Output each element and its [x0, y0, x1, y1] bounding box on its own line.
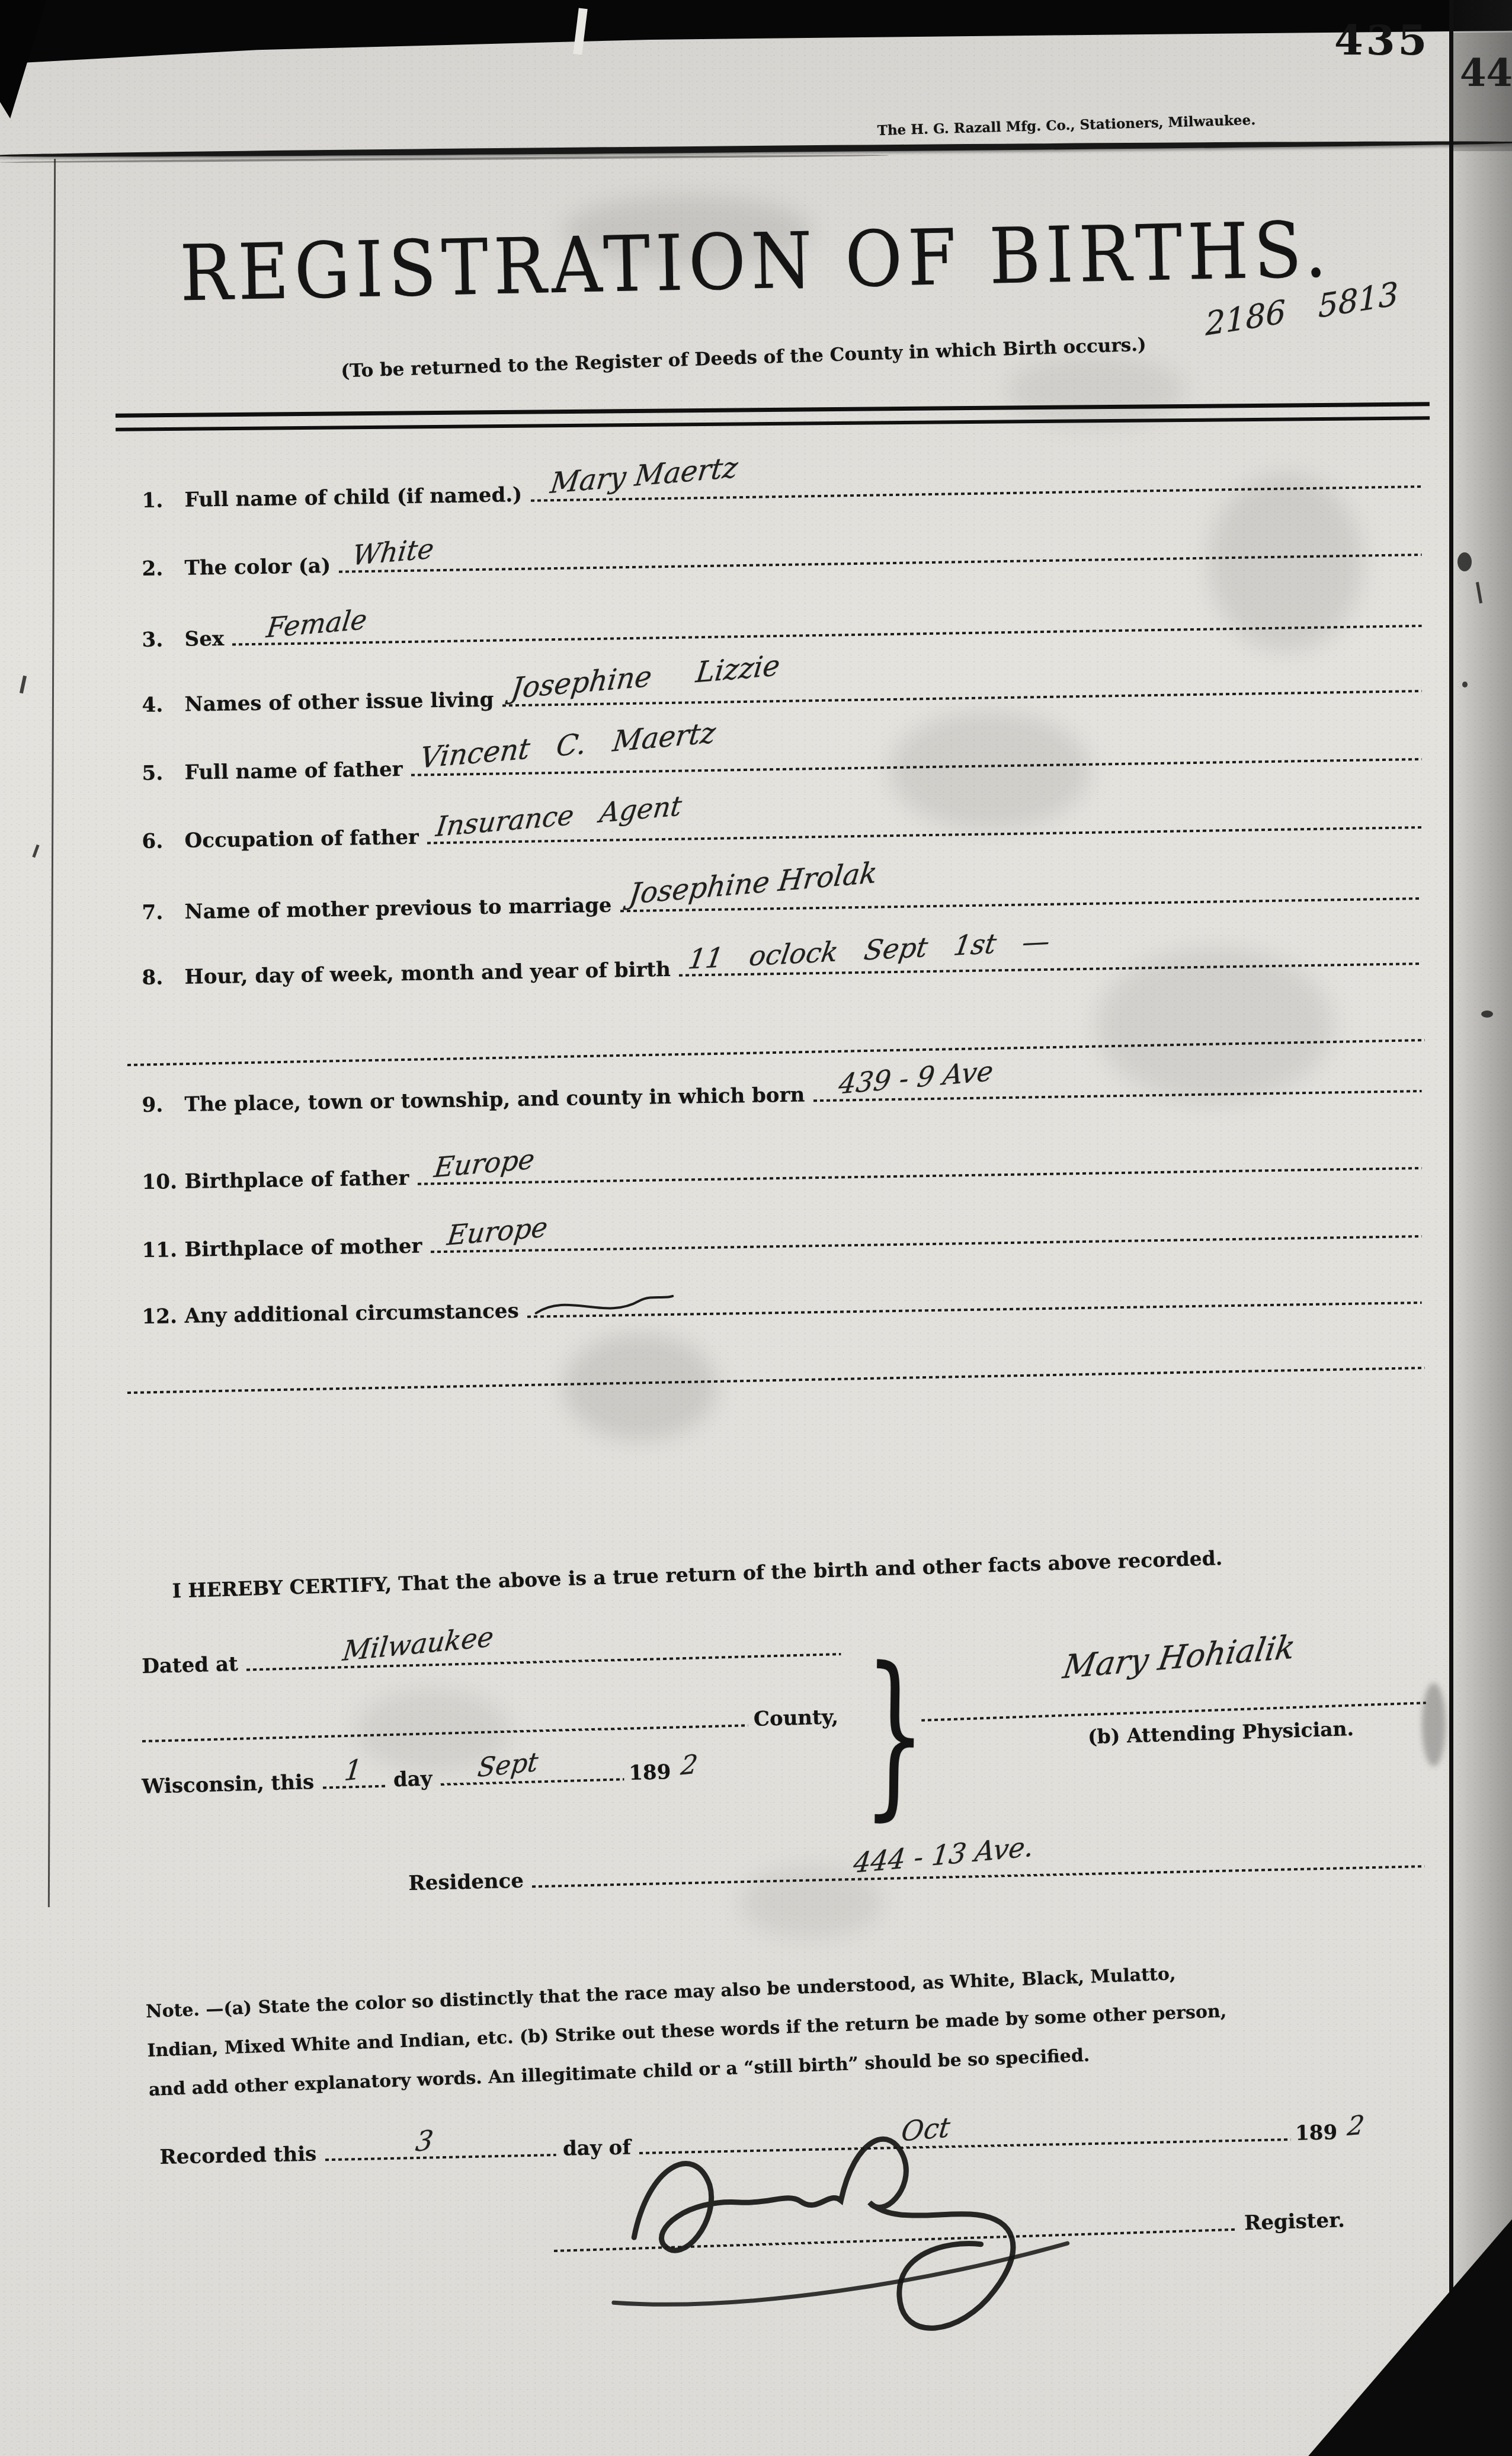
- handwritten-entry: 439 - 9 Ave: [837, 1055, 995, 1101]
- item-label: Birthplace of father: [184, 1166, 417, 1194]
- item-label: Sex: [184, 627, 232, 651]
- dotted-leader: [417, 1167, 1421, 1185]
- page-number: 435: [1334, 15, 1430, 65]
- dotted-leader: [339, 554, 1421, 573]
- footnote: Note. —(a) State the color so distinctly…: [145, 1946, 1428, 2110]
- form-item-row: 1. Full name of child (if named.) Mary M…: [142, 451, 1422, 513]
- handwritten-entry: Josephine Lizzie: [509, 649, 781, 706]
- smudge: [1422, 1683, 1446, 1766]
- ink-blot: [1457, 552, 1472, 571]
- entry-line: Milwaukee: [245, 1619, 841, 1675]
- item-number: 5.: [142, 761, 185, 785]
- header-double-rule: [116, 402, 1430, 431]
- entry-line: [527, 1267, 1422, 1323]
- handwritten-entry: Female: [265, 603, 369, 644]
- entry-line: Vincent C. Maertz: [411, 724, 1422, 781]
- handwritten-entry: Europe: [445, 1211, 549, 1252]
- certification-statement: I HEREBY CERTIFY, That the above is a tr…: [172, 1540, 1410, 1603]
- form-item-row: 8. Hour, day of week, month and year of …: [142, 928, 1422, 990]
- form-item-row: 10. Birthplace of father Europe: [142, 1133, 1422, 1194]
- birth-registration-document: 435 449 The H. G. Razall Mfg. Co., Stati…: [0, 0, 1512, 2456]
- handwritten-entry: Europe: [432, 1143, 536, 1184]
- item-number: 10.: [142, 1170, 185, 1194]
- dotted-leader: [532, 1865, 1424, 1888]
- ink-mark: [32, 845, 39, 858]
- entry-line: Mary Maertz: [530, 451, 1421, 507]
- entry-line: Josephine Hrolak: [620, 863, 1422, 917]
- entry-line: Josephine Lizzie: [502, 655, 1422, 711]
- entry-line: 11 oclock Sept 1st —: [678, 928, 1422, 981]
- item-number: 7.: [142, 900, 185, 925]
- year-printed: 189: [624, 1760, 680, 1786]
- handwritten-entry: Mary Maertz: [548, 450, 739, 500]
- flourish-mark: [533, 1293, 675, 1319]
- dotted-leader: [246, 1653, 841, 1671]
- scan-top-band: [0, 0, 1512, 64]
- handwritten-entry: 11 oclock Sept 1st —: [686, 925, 1052, 975]
- recorded-label: Recorded this: [159, 2142, 325, 2169]
- month-value: Sept: [476, 1747, 540, 1783]
- county-row: County,: [141, 1687, 847, 1747]
- item-label: Occupation of father: [184, 825, 427, 852]
- entry-line: Insurance Agent: [427, 792, 1422, 849]
- form-item-row: 7. Name of mother previous to marriage J…: [142, 863, 1422, 925]
- dotted-leader: [142, 1724, 748, 1742]
- entry-line: 3: [324, 2119, 556, 2166]
- entry-line: 439 - 9 Ave: [812, 1056, 1421, 1107]
- ink-mark: [1462, 682, 1468, 687]
- county-label: County,: [747, 1705, 847, 1731]
- document-title: REGISTRATION OF BIRTHS.: [142, 203, 1371, 319]
- item-number: 6.: [142, 829, 185, 853]
- item-number: 4.: [142, 693, 185, 717]
- entry-line: Female: [232, 590, 1421, 651]
- adjacent-page-number: 449: [1460, 51, 1512, 95]
- item-label: The place, town or township, and county …: [184, 1083, 813, 1117]
- recorded-day: 3: [414, 2124, 435, 2158]
- entry-line: Sept: [440, 1744, 624, 1790]
- form-item-row: 6. Occupation of father Insurance Agent: [142, 792, 1422, 853]
- page-edge-rule-left: [48, 159, 56, 1907]
- entry-line: 444 - 13 Ave.: [531, 1831, 1425, 1892]
- residence-value: 444 - 13 Ave.: [852, 1830, 1036, 1879]
- entry-line: [141, 1690, 748, 1747]
- handwritten-entry: White: [351, 532, 436, 572]
- item-label: Hour, day of week, month and year of bir…: [184, 958, 679, 989]
- day-value: 1: [342, 1753, 363, 1787]
- form-item-row: 12. Any additional circumstances: [142, 1267, 1422, 1329]
- dotted-leader: [430, 1235, 1421, 1253]
- residence-row: Residence 444 - 13 Ave.: [408, 1831, 1424, 1895]
- dotted-leader: [441, 1778, 624, 1786]
- form-item-row: 9. The place, town or township, and coun…: [142, 1056, 1422, 1117]
- ink-mark: [20, 676, 27, 694]
- item-number: 9.: [142, 1093, 185, 1117]
- year-digit: 2: [1346, 2110, 1366, 2142]
- physician-signature: Mary Hohialik: [1061, 1628, 1298, 1686]
- dotted-leader: [325, 2154, 556, 2161]
- item-number: 12.: [142, 1304, 185, 1329]
- entry-line: 1: [322, 1750, 388, 1793]
- item-label: Birthplace of mother: [184, 1234, 430, 1262]
- item-number: 1.: [142, 488, 185, 513]
- attending-physician-label: (b) Attending Physician.: [1087, 1717, 1354, 1748]
- wisconsin-label: Wisconsin, this: [142, 1770, 323, 1799]
- form-item-row: 3. Sex Female: [142, 590, 1422, 652]
- handwritten-entry: Josephine Hrolak: [627, 856, 879, 911]
- page-edge-rule-right: [1449, 0, 1453, 2332]
- document-subtitle: (To be returned to the Register of Deeds…: [332, 334, 1155, 382]
- smudge: [563, 1333, 717, 1440]
- residence-label: Residence: [408, 1869, 532, 1895]
- dated-at-row: Dated at Milwaukee: [141, 1619, 841, 1678]
- form-item-row: 4. Names of other issue living Josephine…: [142, 655, 1422, 717]
- handwritten-entry: Insurance Agent: [434, 789, 684, 843]
- printer-imprint: The H. G. Razall Mfg. Co., Stationers, M…: [841, 111, 1292, 139]
- item-number: 8.: [142, 965, 185, 990]
- form-item-row: 11. Birthplace of mother Europe: [142, 1201, 1422, 1262]
- dotted-leader: [232, 625, 1421, 646]
- form-item-row: 5. Full name of father Vincent C. Maertz: [142, 724, 1422, 785]
- item-label: Name of mother previous to marriage: [184, 893, 620, 924]
- entry-line: Europe: [417, 1133, 1421, 1190]
- adjacent-page-strip: [1453, 0, 1512, 2456]
- item-label: Any additional circumstances: [184, 1299, 527, 1328]
- entry-line: White: [338, 519, 1421, 578]
- item-number: 3.: [142, 628, 185, 652]
- continuation-dotted-line: [127, 1367, 1425, 1394]
- dated-at-label: Dated at: [142, 1652, 246, 1678]
- item-number: 2.: [142, 557, 185, 581]
- day-label: day: [387, 1767, 441, 1792]
- register-label: Register.: [1236, 2208, 1353, 2236]
- year-printed: 189: [1290, 2121, 1346, 2145]
- item-label: The color (a): [184, 554, 339, 580]
- brace-glyph: }: [863, 1632, 928, 1837]
- item-label: Full name of child (if named.): [184, 483, 530, 512]
- ink-mark: [1481, 1010, 1493, 1018]
- dated-at-value: Milwaukee: [341, 1620, 495, 1667]
- item-label: Names of other issue living: [184, 687, 502, 716]
- form-item-row: 2. The color (a) White: [142, 519, 1422, 581]
- wisconsin-date-row: Wisconsin, this 1 day Sept 189 2: [141, 1737, 856, 1799]
- item-label: Full name of father: [184, 757, 411, 785]
- entry-line: Europe: [430, 1201, 1421, 1258]
- year-digit: 2: [680, 1749, 700, 1782]
- handwritten-entry: Vincent C. Maertz: [418, 716, 717, 775]
- item-number: 11.: [142, 1238, 185, 1262]
